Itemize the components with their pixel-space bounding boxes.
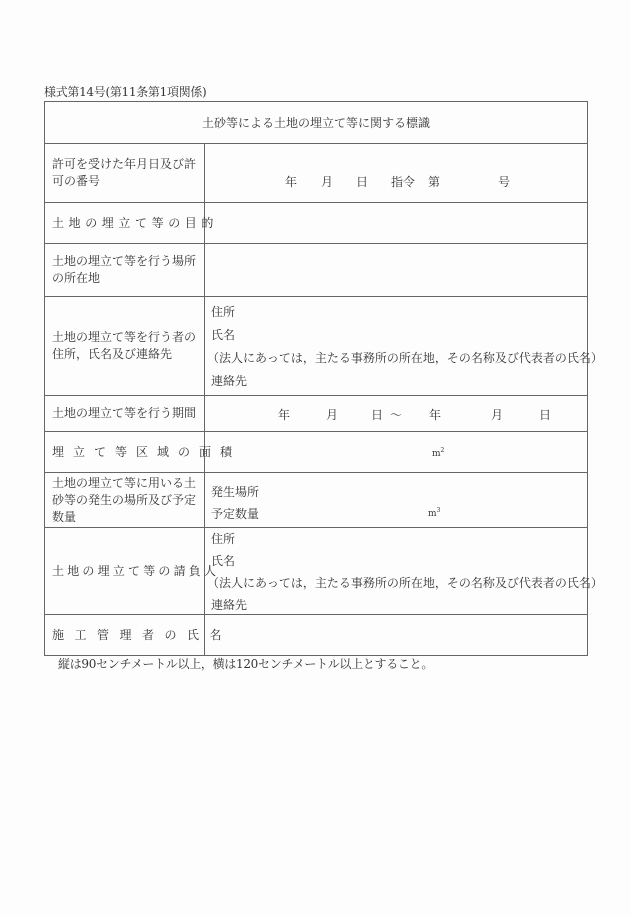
contractor-name-label: 氏名: [211, 552, 235, 569]
value-site-manager[interactable]: [205, 615, 587, 655]
value-area[interactable]: m2: [205, 432, 587, 472]
soil-quantity-label: 予定数量: [211, 505, 259, 522]
value-permit[interactable]: 年 月 日 指令 第 号: [205, 144, 587, 202]
value-location[interactable]: [205, 244, 587, 296]
table-row-site-manager: 施工管理者の氏名: [45, 615, 587, 655]
operator-address-label: 住所: [211, 303, 235, 320]
value-period[interactable]: 年 月 日 ～ 年 月 日: [205, 396, 587, 431]
permit-month: 月: [321, 173, 333, 190]
permit-year: 年: [285, 173, 297, 190]
label-soil-source: 土地の埋立て等に用いる土砂等の発生の場所及び予定数量: [45, 473, 205, 527]
table-row-soil-source: 土地の埋立て等に用いる土砂等の発生の場所及び予定数量 発生場所 予定数量 m3: [45, 473, 587, 528]
period-start-month: 月: [326, 406, 338, 423]
table-row-operator: 土地の埋立て等を行う者の住所，氏名及び連絡先 住所 氏名 （法人にあっては，主た…: [45, 297, 587, 396]
table-row-period: 土地の埋立て等を行う期間 年 月 日 ～ 年 月 日: [45, 396, 587, 432]
value-operator[interactable]: 住所 氏名 （法人にあっては，主たる事務所の所在地，その名称及び代表者の氏名） …: [205, 297, 587, 395]
period-start-year: 年: [278, 406, 290, 423]
contractor-address-label: 住所: [211, 530, 235, 547]
table-row-area: 埋立て等区域の面積 m2: [45, 432, 587, 473]
label-operator: 土地の埋立て等を行う者の住所，氏名及び連絡先: [45, 297, 205, 395]
operator-note: （法人にあっては，主たる事務所の所在地，その名称及び代表者の氏名）: [207, 349, 603, 366]
label-period: 土地の埋立て等を行う期間: [45, 396, 205, 431]
table-row-purpose: 土地の埋立て等の目的: [45, 203, 587, 244]
period-tilde: ～: [390, 406, 402, 423]
table-title: 土砂等による土地の埋立て等に関する標識: [45, 102, 587, 144]
period-end-year: 年: [429, 406, 441, 423]
footnote: 縦は90センチメートル以上，横は120センチメートル以上とすること。: [58, 655, 433, 672]
period-end-month: 月: [491, 406, 503, 423]
soil-quantity-unit: m3: [428, 507, 440, 519]
table-row-permit: 許可を受けた年月日及び許可の番号 年 月 日 指令 第 号: [45, 144, 587, 203]
table-row-location: 土地の埋立て等を行う場所の所在地: [45, 244, 587, 297]
period-start-day: 日: [371, 406, 383, 423]
contractor-note: （法人にあっては，主たる事務所の所在地，その名称及び代表者の氏名）: [207, 574, 603, 591]
area-unit: m2: [432, 447, 444, 459]
label-permit: 許可を受けた年月日及び許可の番号: [45, 144, 205, 202]
operator-name-label: 氏名: [211, 326, 235, 343]
permit-no: 第: [428, 173, 440, 190]
label-area: 埋立て等区域の面積: [45, 432, 205, 472]
label-contractor: 土地の埋立て等の請負人: [45, 528, 205, 614]
sign-table: 土砂等による土地の埋立て等に関する標識 許可を受けた年月日及び許可の番号 年 月…: [44, 101, 588, 656]
label-location: 土地の埋立て等を行う場所の所在地: [45, 244, 205, 296]
soil-place-label: 発生場所: [211, 483, 259, 500]
permit-number: 号: [498, 173, 510, 190]
value-soil-source[interactable]: 発生場所 予定数量 m3: [205, 473, 587, 527]
permit-day: 日: [356, 173, 368, 190]
form-number: 様式第14号(第11条第1項関係): [44, 83, 206, 100]
period-end-day: 日: [539, 406, 551, 423]
label-site-manager: 施工管理者の氏名: [45, 615, 205, 655]
operator-contact-label: 連絡先: [211, 372, 247, 389]
contractor-contact-label: 連絡先: [211, 596, 247, 613]
value-purpose[interactable]: [205, 203, 587, 243]
permit-order: 指令: [391, 173, 415, 190]
label-purpose: 土地の埋立て等の目的: [45, 203, 205, 243]
table-row-contractor: 土地の埋立て等の請負人 住所 氏名 （法人にあっては，主たる事務所の所在地，その…: [45, 528, 587, 615]
value-contractor[interactable]: 住所 氏名 （法人にあっては，主たる事務所の所在地，その名称及び代表者の氏名） …: [205, 528, 587, 614]
